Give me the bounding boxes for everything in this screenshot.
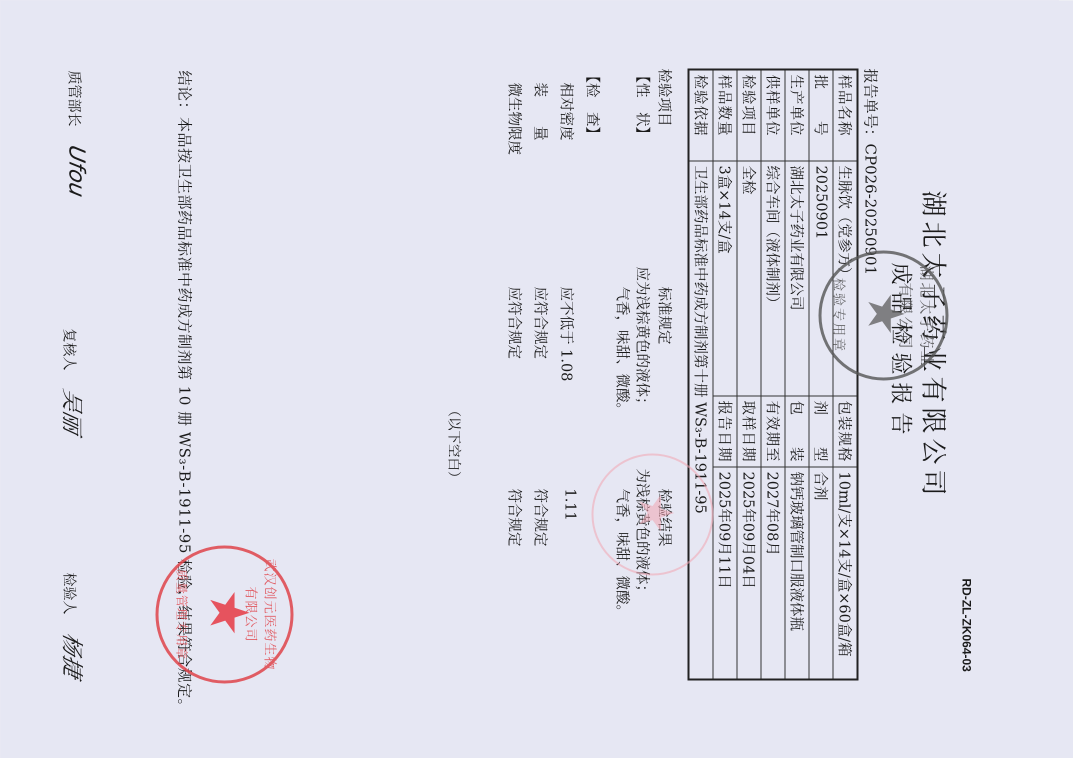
info-value: 2025年09月11日 xyxy=(713,467,737,680)
info-value: 2027年08月 xyxy=(761,467,785,680)
check-item-result: 符合规定 xyxy=(504,488,525,546)
check-item-name: 微生物限度 xyxy=(504,82,525,155)
info-label: 生产单位 xyxy=(785,69,809,161)
info-row: 样品名称生脉饮（党参方）包装规格10ml/支×14支/盒×60盒/箱 xyxy=(833,69,858,679)
inspection-report-page: 湖北太子药业有限公司 成品检验报告 RD-ZL-ZK064-03 报告单号：CP… xyxy=(0,0,1073,758)
info-row: 检验项目全检取样日期2025年09月04日 xyxy=(737,69,761,679)
info-label: 报告日期 xyxy=(713,396,737,467)
inspector-signature-block: 检验人 杨捷 xyxy=(57,572,88,677)
check-item-name: 相对密度 xyxy=(556,82,577,140)
properties-section: 【性 状】 xyxy=(632,68,653,141)
qa-head-signature: Ufou xyxy=(63,142,88,199)
qc-seal-bottom-text: 检验专用章 xyxy=(830,263,849,367)
info-label: 检验项目 xyxy=(737,69,761,161)
info-label: 包 装 xyxy=(785,396,809,467)
info-label: 取样日期 xyxy=(737,396,761,467)
star-icon: ★ xyxy=(201,588,255,636)
qc-inspection-seal: 湖北太子药业有限公司 ★ 检验专用章 xyxy=(818,250,948,380)
check-item-name: 装 量 xyxy=(530,82,551,140)
check-item-result: 符合规定 xyxy=(530,488,551,546)
inspector-signature: 杨捷 xyxy=(57,630,88,681)
info-value: 3盒×14支/盒 xyxy=(713,161,737,396)
col-header-standard: 标准规定 xyxy=(654,286,675,344)
properties-standard-2: 气香，味甜、微酸。 xyxy=(612,286,633,417)
report-number-label: 报告单号： xyxy=(861,68,879,143)
info-value: 2025年09月04日 xyxy=(737,467,761,680)
properties-standard-1: 应为浅棕黄色的液体； xyxy=(632,266,653,411)
info-row: 生产单位湖北太子药业有限公司包 装钠钙玻璃管制口服液体瓶 xyxy=(785,69,809,679)
blank-below-note: （以下空白） xyxy=(445,403,465,484)
info-label: 批 号 xyxy=(809,69,833,161)
check-item-standard: 应符合规定 xyxy=(530,286,551,359)
qa-head-signature-block: 质管部长 Ufou xyxy=(63,70,88,196)
red-seal-bottom-text: 质量管理专用章 xyxy=(173,562,190,666)
info-value: 钠钙玻璃管制口服液体瓶 xyxy=(785,467,809,680)
info-value: 合剂 xyxy=(809,467,833,680)
reviewer-signature: 吴丽 xyxy=(57,386,88,437)
info-label: 包装规格 xyxy=(833,396,858,467)
report-number: 报告单号：CP026-20250901 xyxy=(860,68,881,275)
sample-info-table: 样品名称生脉饮（党参方）包装规格10ml/支×14支/盒×60盒/箱批 号202… xyxy=(687,68,858,680)
info-label: 样品名称 xyxy=(833,69,858,161)
col-header-item: 检验项目 xyxy=(654,68,675,126)
info-label: 剂 型 xyxy=(809,396,833,467)
info-label: 样品数量 xyxy=(713,69,737,161)
check-section: 【检 查】 xyxy=(582,68,603,141)
info-label: 供样单位 xyxy=(761,69,785,161)
faint-seal-impression: ★ xyxy=(591,453,713,575)
check-item-standard: 应不低于 1.08 xyxy=(556,286,577,381)
info-row: 检验依据卫生部药品标准中药成方制剂第十册 WS₃-B-1911-95 xyxy=(688,69,713,679)
check-item-standard: 应符合规定 xyxy=(504,286,525,359)
info-label: 检验依据 xyxy=(688,69,713,161)
inspector-label: 检验人 xyxy=(60,572,76,614)
info-row: 批 号20250901剂 型合剂 xyxy=(809,69,833,679)
info-value: 全检 xyxy=(737,161,761,396)
info-value: 湖北太子药业有限公司 xyxy=(785,161,809,396)
qa-head-label: 质管部长 xyxy=(65,70,81,126)
star-icon: ★ xyxy=(631,491,679,534)
document-code: RD-ZL-ZK064-03 xyxy=(959,578,973,671)
info-row: 样品数量3盒×14支/盒报告日期2025年09月11日 xyxy=(713,69,737,679)
info-value: 综合车间（液体制剂） xyxy=(761,161,785,396)
info-value: 卫生部药品标准中药成方制剂第十册 WS₃-B-1911-95 xyxy=(688,161,713,680)
reviewer-signature-block: 复核人 吴丽 xyxy=(57,328,88,433)
reviewer-label: 复核人 xyxy=(60,328,76,370)
info-label: 有效期至 xyxy=(761,396,785,467)
red-quality-seal: 武汉创元医药生物有限公司 ★ 质量管理专用章 xyxy=(155,545,293,683)
check-item-result: 1.11 xyxy=(561,488,577,520)
star-icon: ★ xyxy=(860,291,910,336)
info-row: 供样单位综合车间（液体制剂）有效期至2027年08月 xyxy=(761,69,785,679)
info-value: 10ml/支×14支/盒×60盒/箱 xyxy=(833,467,858,680)
